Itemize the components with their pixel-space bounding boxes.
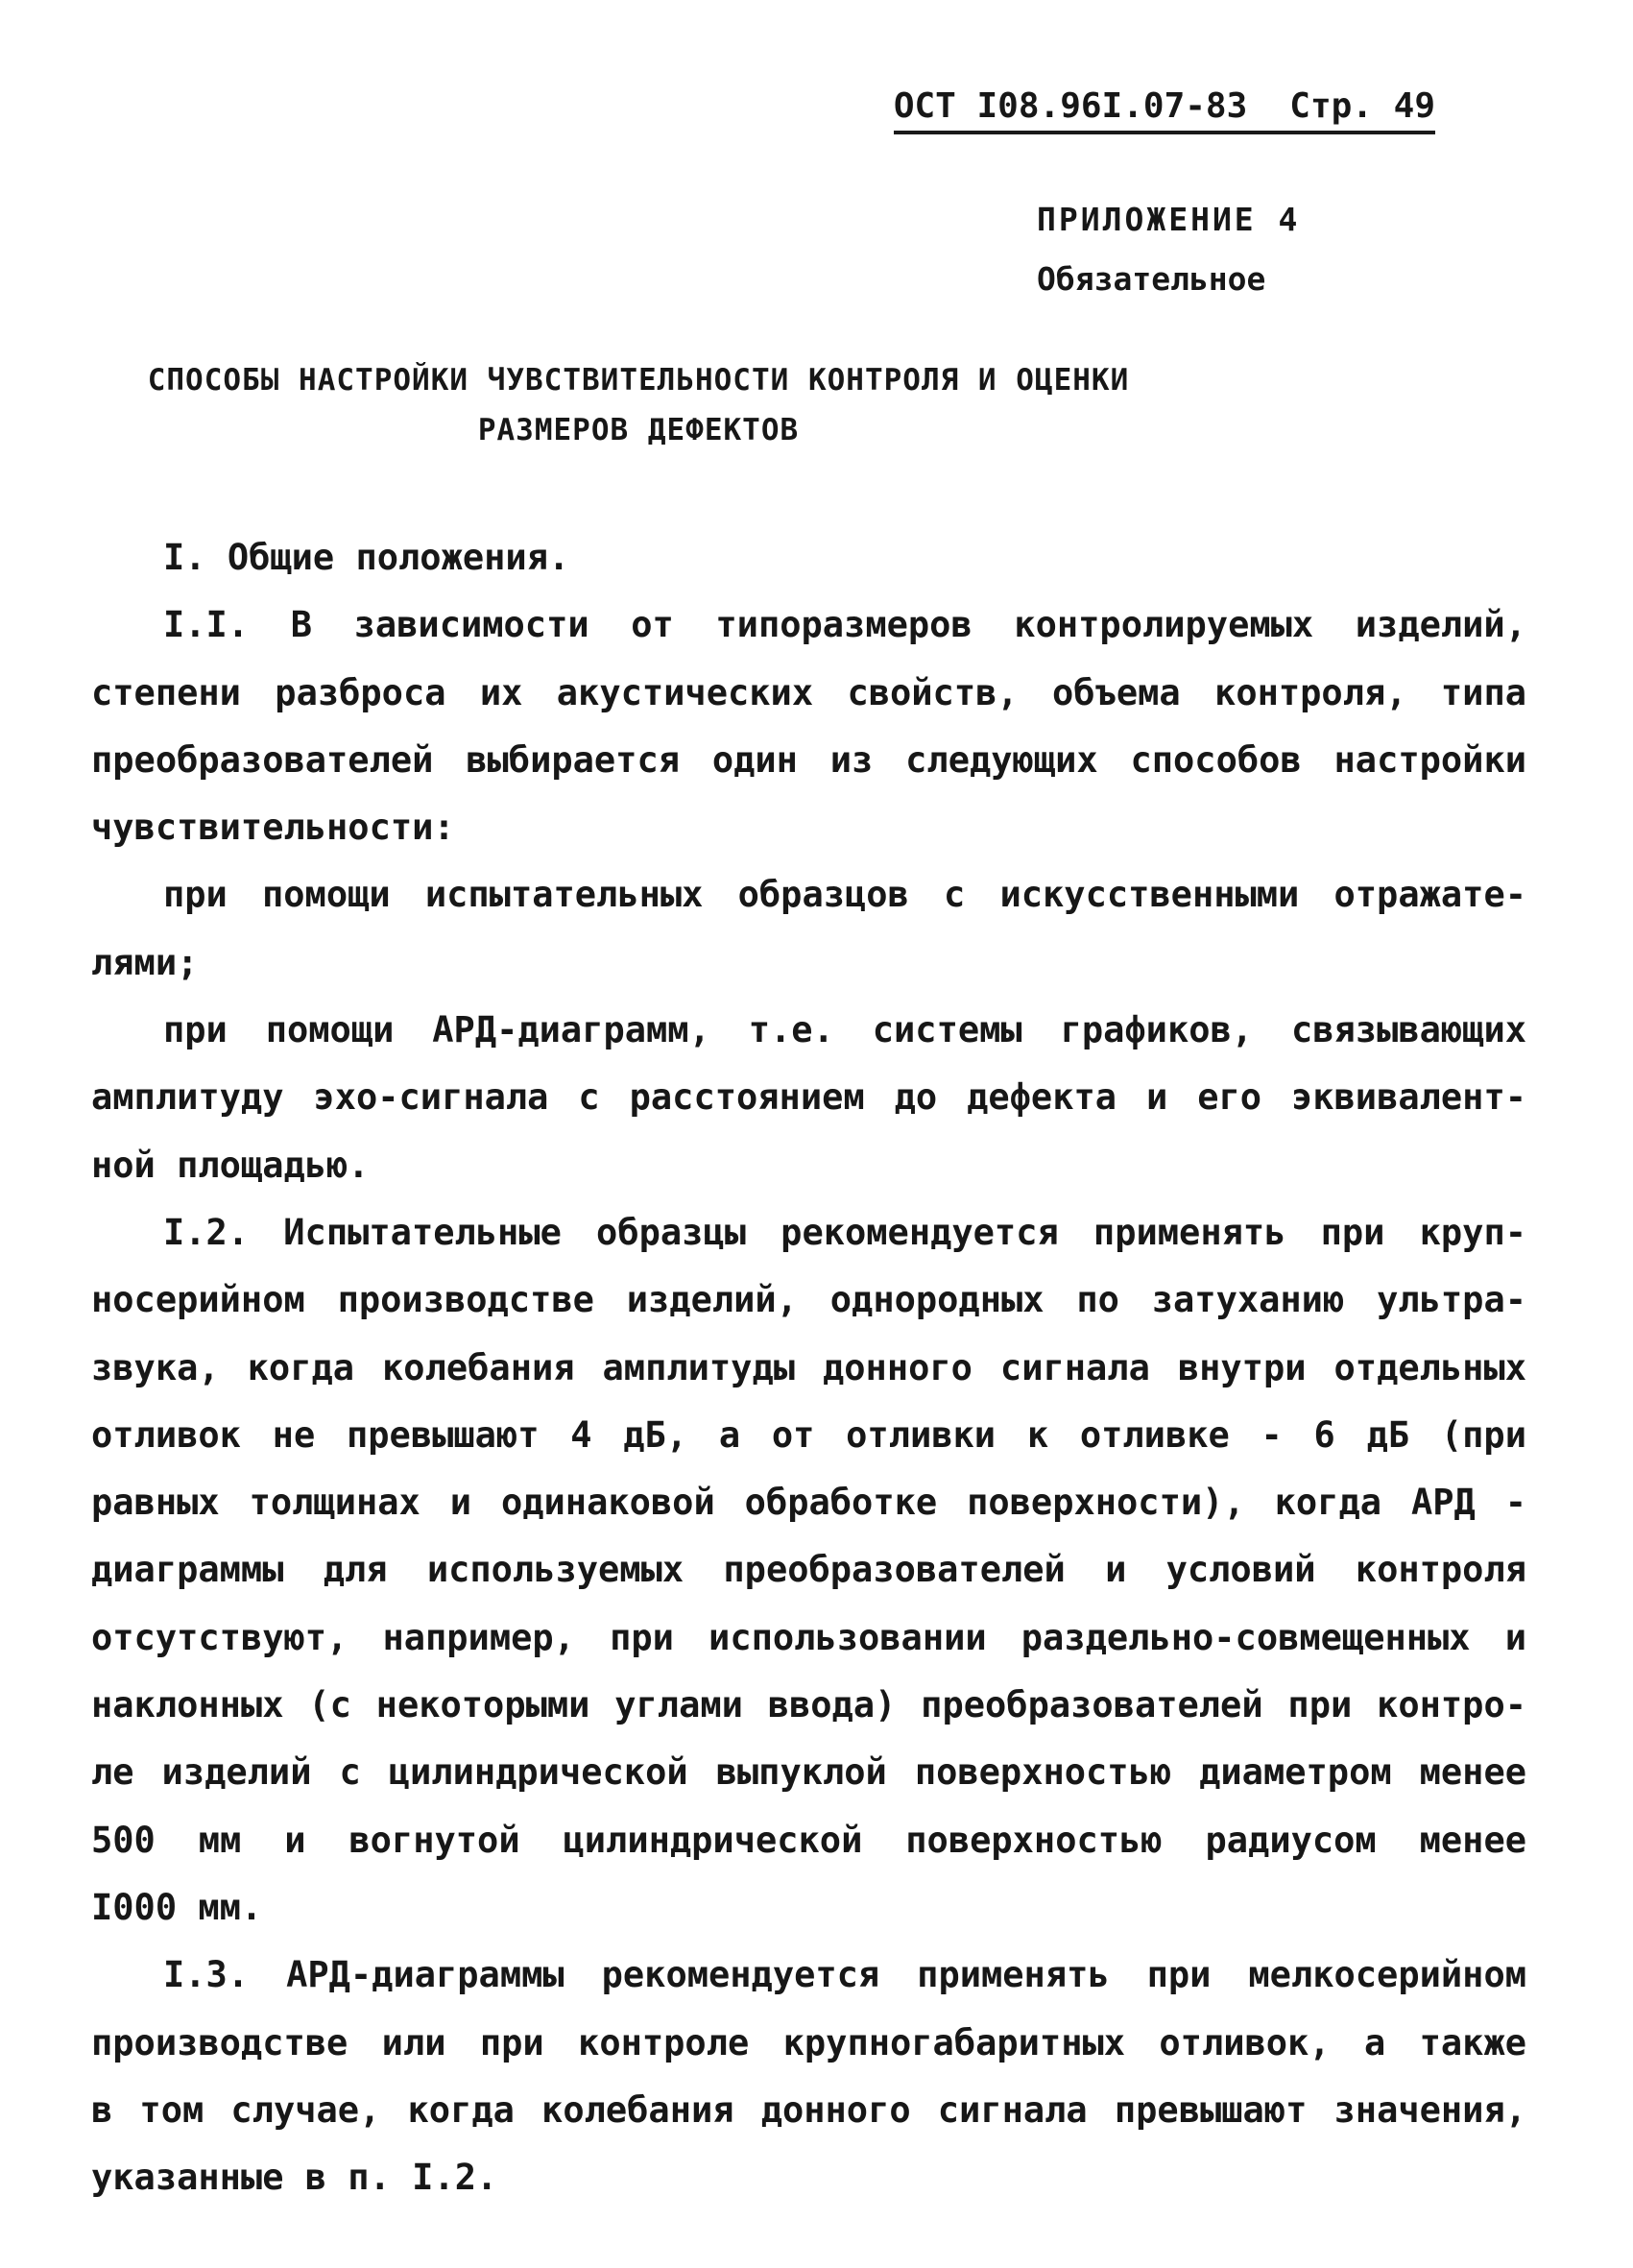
- header-underlined-text: ОСТ I08.96I.07-83Стр. 49: [894, 86, 1435, 134]
- text-line: I.I. В зависимости от типоразмеров контр…: [91, 591, 1526, 659]
- text-line: чувствительности:: [91, 794, 1526, 861]
- text-line: звука, когда колебания амплитуды донного…: [91, 1335, 1526, 1402]
- page-header: ОСТ I08.96I.07-83Стр. 49: [0, 0, 1633, 134]
- text-line: I.2. Испытательные образцы рекомендуется…: [91, 1199, 1526, 1267]
- text-line: производстве или при контроле крупногаба…: [91, 2010, 1526, 2077]
- document-title-line2: РАЗМЕРОВ ДЕФЕКТОВ: [91, 405, 1186, 455]
- text-line: степени разброса их акустических свойств…: [91, 660, 1526, 727]
- text-line: I.3. АРД-диаграммы рекомендуется применя…: [91, 1942, 1526, 2009]
- appendix-block: ПРИЛОЖЕНИЕ 4 Обязательное: [1037, 190, 1633, 309]
- text-line: диаграммы для используемых преобразовате…: [91, 1536, 1526, 1604]
- text-line: отсутствуют, например, при использовании…: [91, 1604, 1526, 1672]
- text-line: наклонных (с некоторыми углами ввода) пр…: [91, 1672, 1526, 1739]
- document-title: СПОСОБЫ НАСТРОЙКИ ЧУВСТВИТЕЛЬНОСТИ КОНТР…: [91, 355, 1186, 455]
- standard-number: ОСТ I08.96I.07-83: [894, 86, 1247, 126]
- text-line: в том случае, когда колебания донного си…: [91, 2077, 1526, 2144]
- text-line: равных толщинах и одинаковой обработке п…: [91, 1469, 1526, 1536]
- appendix-subtitle: Обязательное: [1037, 250, 1633, 309]
- text-line: преобразователей выбирается один из след…: [91, 727, 1526, 794]
- text-line: ле изделий с цилиндрической выпуклой пов…: [91, 1739, 1526, 1806]
- text-line: лями;: [91, 929, 1526, 997]
- text-line: носерийном производстве изделий, однород…: [91, 1267, 1526, 1334]
- text-line: амплитуду эхо-сигнала с расстоянием до д…: [91, 1064, 1526, 1131]
- text-line: I. Общие положения.: [91, 524, 1526, 591]
- text-line: I000 мм.: [91, 1874, 1526, 1942]
- text-line: при помощи АРД-диаграмм, т.е. системы гр…: [91, 997, 1526, 1064]
- document-body: I. Общие положения.I.I. В зависимости от…: [91, 524, 1526, 2211]
- text-line: указанные в п. I.2.: [91, 2144, 1526, 2211]
- document-title-line1: СПОСОБЫ НАСТРОЙКИ ЧУВСТВИТЕЛЬНОСТИ КОНТР…: [91, 355, 1186, 405]
- text-line: отливок не превышают 4 дБ, а от отливки …: [91, 1402, 1526, 1469]
- document-page: ОСТ I08.96I.07-83Стр. 49 ПРИЛОЖЕНИЕ 4 Об…: [0, 0, 1633, 2268]
- text-line: при помощи испытательных образцов с иску…: [91, 861, 1526, 929]
- appendix-title: ПРИЛОЖЕНИЕ 4: [1037, 190, 1633, 250]
- text-line: 500 мм и вогнутой цилиндрической поверхн…: [91, 1807, 1526, 1874]
- page-number-label: Стр. 49: [1289, 86, 1435, 126]
- text-line: ной площадью.: [91, 1132, 1526, 1199]
